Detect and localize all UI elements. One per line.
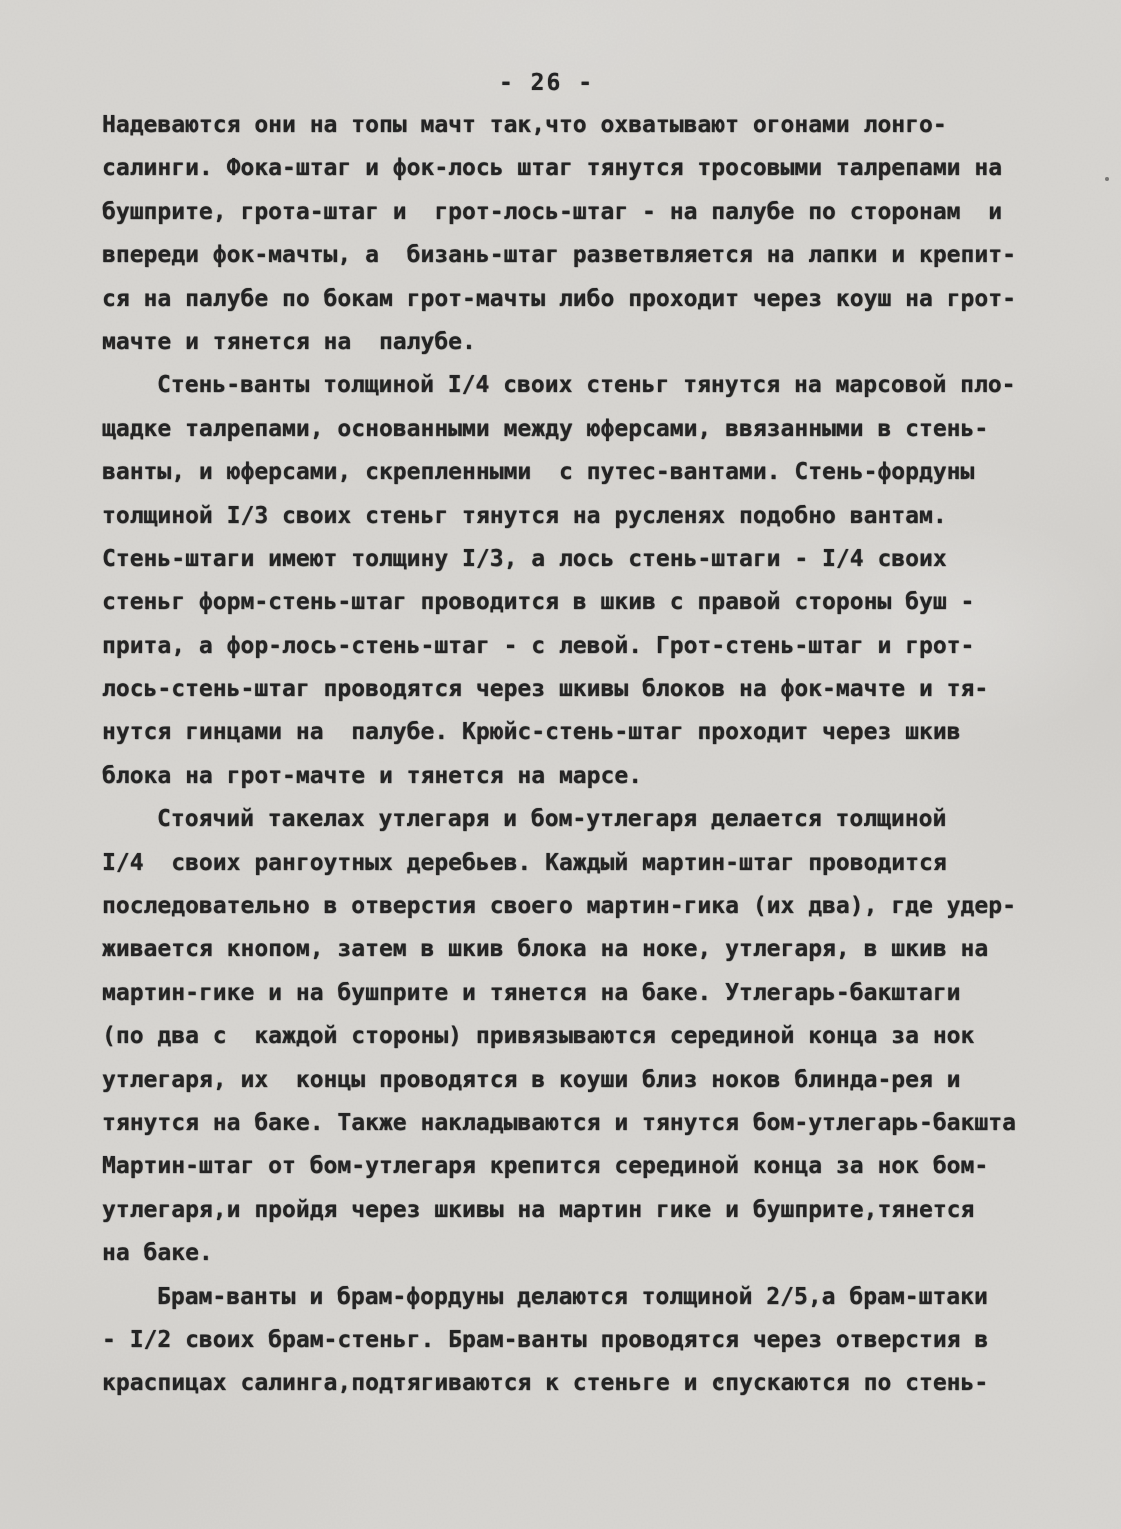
text-line: салинги. Фока-штаг и фок-лось штаг тянут… bbox=[102, 147, 1112, 190]
text-line: блока на грот-мачте и тянется на марсе. bbox=[102, 755, 1112, 798]
text-line: - I/2 своих брам-стеньг. Брам-ванты пров… bbox=[102, 1319, 1112, 1362]
text-line: щадке талрепами, основанными между юферс… bbox=[102, 408, 1112, 451]
scanned-page: - 26 - Надеваются они на топы мачт так,ч… bbox=[0, 0, 1121, 1529]
text-line: впереди фок-мачты, а бизань-штаг разветв… bbox=[102, 234, 1112, 277]
text-line: Стоячий такелах утлегаря и бом-утлегаря … bbox=[102, 798, 1112, 841]
body-text: Надеваются они на топы мачт так,что охва… bbox=[102, 104, 1112, 1406]
text-line: Мартин-штаг от бом-утлегаря крепится сер… bbox=[102, 1145, 1112, 1188]
text-line: на баке. bbox=[102, 1232, 1112, 1275]
text-line: стеньг форм-стень-штаг проводится в шкив… bbox=[102, 581, 1112, 624]
text-line: живается кнопом, затем в шкив блока на н… bbox=[102, 928, 1112, 971]
text-line: ванты, и юферсами, скрепленными с путес-… bbox=[102, 451, 1112, 494]
text-line: последовательно в отверстия своего марти… bbox=[102, 885, 1112, 928]
text-line: бушприте, грота-штаг и грот-лось-штаг - … bbox=[102, 191, 1112, 234]
page-number: - 26 - bbox=[0, 70, 1107, 96]
text-line: толщиной I/3 своих стеньг тянутся на рус… bbox=[102, 495, 1112, 538]
text-line: ся на палубе по бокам грот-мачты либо пр… bbox=[102, 278, 1112, 321]
text-line: утлегаря, их концы проводятся в коуши бл… bbox=[102, 1059, 1112, 1102]
text-line: Стень-ванты толщиной I/4 своих стеньг тя… bbox=[102, 364, 1112, 407]
text-line: нутся гинцами на палубе. Крюйс-стень-шта… bbox=[102, 711, 1112, 754]
text-line: прита, а фор-лось-стень-штаг - с левой. … bbox=[102, 625, 1112, 668]
text-line: краспицах салинга,подтягиваются к стеньг… bbox=[102, 1362, 1112, 1405]
ink-speck bbox=[1105, 177, 1109, 181]
text-line: тянутся на баке. Также накладываются и т… bbox=[102, 1102, 1112, 1145]
ink-speck bbox=[718, 1378, 723, 1384]
text-line: Стень-штаги имеют толщину I/3, а лось ст… bbox=[102, 538, 1112, 581]
text-line: I/4 своих рангоутных деребьев. Каждый ма… bbox=[102, 842, 1112, 885]
text-line: мачте и тянется на палубе. bbox=[102, 321, 1112, 364]
text-line: Брам-ванты и брам-фордуны делаются толщи… bbox=[102, 1276, 1112, 1319]
text-line: Надеваются они на топы мачт так,что охва… bbox=[102, 104, 1112, 147]
text-line: мартин-гике и на бушприте и тянется на б… bbox=[102, 972, 1112, 1015]
text-line: лось-стень-штаг проводятся через шкивы б… bbox=[102, 668, 1112, 711]
text-line: (по два с каждой стороны) привязываются … bbox=[102, 1015, 1112, 1058]
text-line: утлегаря,и пройдя через шкивы на мартин … bbox=[102, 1189, 1112, 1232]
